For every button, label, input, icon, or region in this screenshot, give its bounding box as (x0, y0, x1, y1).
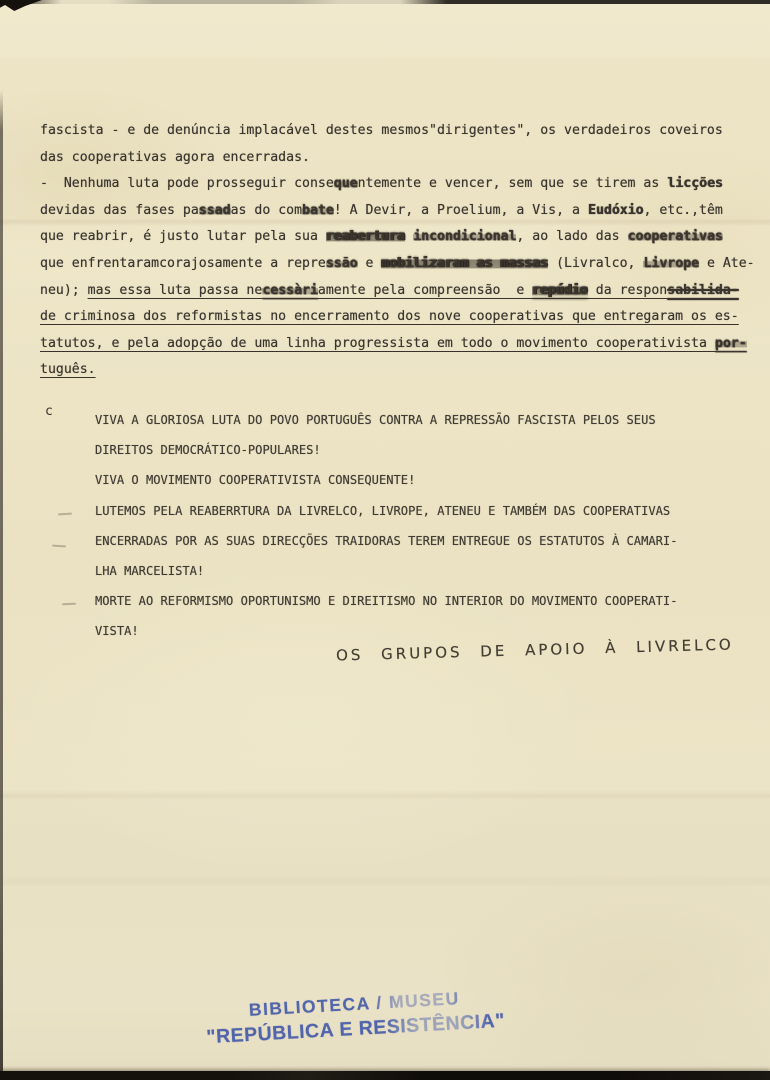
text-segment: ssad (199, 203, 231, 218)
text-line: LHA MARCELISTA! (95, 556, 735, 586)
text-line: tatutos, e pela adopção de uma linha pro… (40, 331, 740, 358)
scan-top-edge (0, 0, 770, 4)
text-segment: amente pela compreensão e (318, 283, 532, 298)
text-segment: bate (302, 203, 334, 218)
text-segment: de criminosa dos reformistas no encerram… (40, 309, 739, 324)
text-line: devidas das fases passadas do combate! A… (40, 198, 740, 225)
scan-left-edge (0, 90, 3, 1080)
text-line: que enfrentaramcorajosamente a repressão… (40, 251, 740, 278)
text-segment: , etc.,têm (643, 203, 722, 218)
text-segment: ntemente e vencer, sem que se tirem as (358, 176, 668, 191)
text-line: de criminosa dos reformistas no encerram… (40, 304, 740, 331)
text-line: fascista - e de denúncia implacável dest… (40, 118, 740, 145)
text-segment: repúdio (532, 283, 588, 298)
text-segment: incondicional (413, 229, 516, 244)
text-segment: - Nenhuma luta pode prosseguir conse (40, 176, 334, 191)
typed-paragraphs: fascista - e de denúncia implacável dest… (40, 118, 740, 384)
text-segment: VIVA O MOVIMENTO COOPERATIVISTA CONSEQUE… (95, 473, 415, 487)
text-segment: devidas das fases pa (40, 203, 199, 218)
text-segment: por- (715, 336, 747, 351)
text-segment: VIVA A GLORIOSA LUTA DO POVO PORTUGUÊS C… (95, 413, 656, 427)
text-line: LUTEMOS PELA REABERRTURA DA LIVRELCO, LI… (95, 496, 735, 526)
text-line: VIVA O MOVIMENTO COOPERATIVISTA CONSEQUE… (95, 465, 735, 495)
text-segment: ENCERRADAS POR AS SUAS DIRECÇÕES TRAIDOR… (95, 534, 677, 548)
text-line: das cooperativas agora encerradas. (40, 145, 740, 172)
text-line: DIREITOS DEMOCRÁTICO-POPULARES! (95, 435, 735, 465)
margin-annotation: c (45, 404, 53, 419)
text-segment: que reabrir, é justo lutar pela sua (40, 229, 326, 244)
text-line: MORTE AO REFORMISMO OPORTUNISMO E DIREIT… (95, 586, 735, 616)
text-segment: das cooperativas agora encerradas. (40, 150, 310, 165)
text-segment: fascista - e de denúncia implacável dest… (40, 123, 723, 138)
text-segment (405, 229, 413, 244)
text-line: neu); mas essa luta passa necessàriament… (40, 278, 740, 305)
text-segment: da respon (588, 283, 667, 298)
text-segment: e Ate- (699, 256, 755, 271)
text-segment: tatutos, e pela adopção de uma linha pro… (40, 336, 715, 351)
text-line: tuguês. (40, 357, 740, 384)
text-segment: as do com (231, 203, 302, 218)
text-line: - Nenhuma luta pode prosseguir consequen… (40, 171, 740, 198)
text-segment: cooperativas (628, 229, 723, 244)
text-segment: mas essa luta passa ne (88, 283, 263, 298)
text-segment: Eudóxio (588, 203, 644, 218)
text-segment: (Livralco, (548, 256, 643, 271)
text-segment: cessàri (262, 283, 318, 298)
text-segment: reabertura (326, 229, 405, 244)
text-segment: , ao lado das (516, 229, 627, 244)
text-line: que reabrir, é justo lutar pela sua reab… (40, 224, 740, 251)
text-segment: ssão (326, 256, 358, 271)
text-segment: sabilida- (667, 283, 738, 298)
text-line: ENCERRADAS POR AS SUAS DIRECÇÕES TRAIDOR… (95, 526, 735, 556)
text-segment: Livrope (643, 256, 699, 271)
text-segment: que (334, 176, 358, 191)
text-segment: MORTE AO REFORMISMO OPORTUNISMO E DIREIT… (95, 594, 677, 608)
text-segment: VISTA! (95, 624, 139, 638)
text-line: VIVA A GLORIOSA LUTA DO POVO PORTUGUÊS C… (95, 405, 735, 435)
text-segment: tuguês. (40, 362, 96, 377)
text-segment: neu); (40, 283, 88, 298)
text-segment: ! A Devir, a Proelium, a Vis, a (334, 203, 588, 218)
text-segment: LHA MARCELISTA! (95, 564, 204, 578)
text-segment: DIREITOS DEMOCRÁTICO-POPULARES! (95, 443, 321, 457)
scan-bottom-edge (0, 1071, 770, 1080)
typed-slogans: VIVA A GLORIOSA LUTA DO POVO PORTUGUÊS C… (95, 405, 735, 647)
text-segment: e (358, 256, 382, 271)
text-segment: LUTEMOS PELA REABERRTURA DA LIVRELCO, LI… (95, 504, 670, 518)
text-segment: licções (667, 176, 723, 191)
text-segment: que enfrentaramcorajosamente a repre (40, 256, 326, 271)
text-segment: mobilizaram as massas (381, 256, 548, 271)
